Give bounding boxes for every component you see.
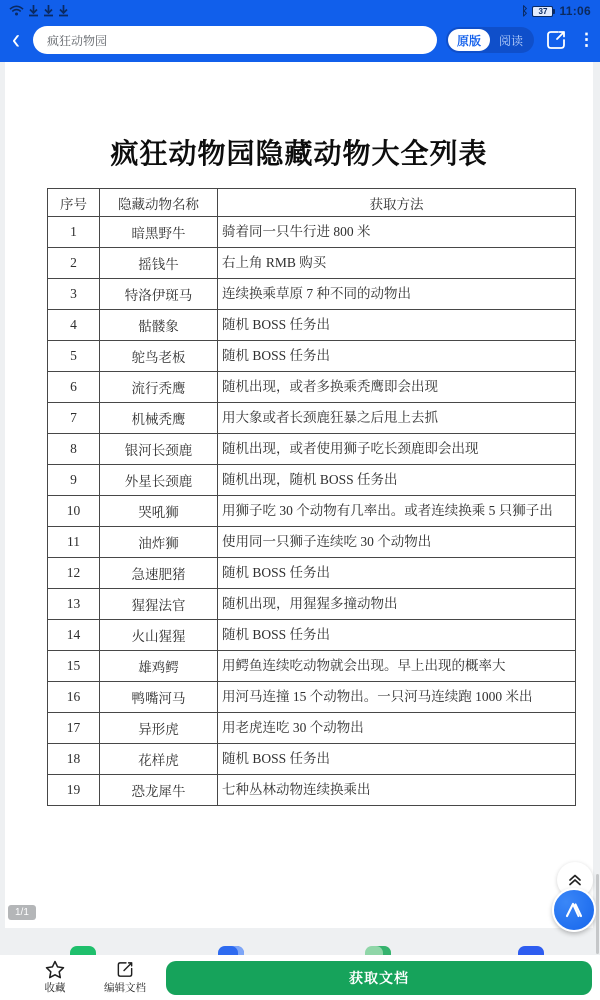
cell-index: 6: [48, 372, 100, 403]
cell-method: 七种丛林动物连续换乘出: [218, 775, 576, 806]
table-row: 8银河长颈鹿随机出现，或者使用狮子吃长颈鹿即会出现: [48, 434, 576, 465]
edit-document-button[interactable]: 编辑文档: [96, 960, 154, 995]
cell-method: 骑着同一只牛行进 800 米: [218, 217, 576, 248]
cell-method: 用大象或者长颈鹿狂暴之后甩上去抓: [218, 403, 576, 434]
table-row: 5鸵鸟老板随机 BOSS 任务出: [48, 341, 576, 372]
cell-method: 用河马连撞 15 个动物出。一只河马连续跑 1000 米出: [218, 682, 576, 713]
cell-animal-name: 异形虎: [100, 713, 218, 744]
doc-title-field[interactable]: 疯狂动物园: [33, 26, 437, 54]
cell-animal-name: 摇钱牛: [100, 248, 218, 279]
cell-index: 2: [48, 248, 100, 279]
cell-animal-name: 猩猩法官: [100, 589, 218, 620]
document-page: 疯狂动物园隐藏动物大全列表 序号隐藏动物名称获取方法 1暗黑野牛骑着同一只牛行进…: [5, 62, 593, 928]
cell-index: 7: [48, 403, 100, 434]
nav-bar: ‹ 疯狂动物园 原版 阅读 ⋮: [0, 22, 600, 62]
cell-index: 4: [48, 310, 100, 341]
cell-index: 5: [48, 341, 100, 372]
cell-method: 随机 BOSS 任务出: [218, 310, 576, 341]
cell-animal-name: 雄鸡鳄: [100, 651, 218, 682]
cell-method: 随机 BOSS 任务出: [218, 620, 576, 651]
cell-index: 18: [48, 744, 100, 775]
table-row: 12急速肥猪随机 BOSS 任务出: [48, 558, 576, 589]
cell-index: 17: [48, 713, 100, 744]
table-row: 2摇钱牛右上角 RMB 购买: [48, 248, 576, 279]
cell-method: 使用同一只狮子连续吃 30 个动物出: [218, 527, 576, 558]
cell-animal-name: 骷髅象: [100, 310, 218, 341]
cell-animal-name: 暗黑野牛: [100, 217, 218, 248]
document-viewer[interactable]: 疯狂动物园隐藏动物大全列表 序号隐藏动物名称获取方法 1暗黑野牛骑着同一只牛行进…: [0, 62, 600, 1000]
ai-assistant-button[interactable]: [552, 888, 596, 932]
edit-label: 编辑文档: [104, 980, 146, 995]
page-indicator: 1/1: [8, 905, 36, 920]
hidden-animals-table: 序号隐藏动物名称获取方法 1暗黑野牛骑着同一只牛行进 800 米2摇钱牛右上角 …: [47, 188, 576, 806]
scrollbar-thumb[interactable]: [596, 874, 599, 954]
cell-animal-name: 鸵鸟老板: [100, 341, 218, 372]
table-row: 10哭吼狮用狮子吃 30 个动物有几率出。或者连续换乘 5 只狮子出: [48, 496, 576, 527]
table-row: 18花样虎随机 BOSS 任务出: [48, 744, 576, 775]
cell-animal-name: 鸭嘴河马: [100, 682, 218, 713]
table-row: 17异形虎用老虎连吃 30 个动物出: [48, 713, 576, 744]
cell-index: 9: [48, 465, 100, 496]
cell-animal-name: 机械秃鹰: [100, 403, 218, 434]
cell-index: 1: [48, 217, 100, 248]
cell-method: 随机出现，或者使用狮子吃长颈鹿即会出现: [218, 434, 576, 465]
star-icon: [45, 960, 65, 979]
cell-index: 14: [48, 620, 100, 651]
bottom-toolbar: 收藏 编辑文档 获取文档: [0, 955, 600, 1000]
get-document-button[interactable]: 获取文档: [166, 961, 592, 995]
table-row: 1暗黑野牛骑着同一只牛行进 800 米: [48, 217, 576, 248]
table-row: 4骷髅象随机 BOSS 任务出: [48, 310, 576, 341]
cell-animal-name: 流行秃鹰: [100, 372, 218, 403]
download-arrow-icon: [43, 5, 54, 17]
table-body: 1暗黑野牛骑着同一只牛行进 800 米2摇钱牛右上角 RMB 购买3特洛伊斑马连…: [48, 217, 576, 806]
table-row: 9外星长颈鹿随机出现，随机 BOSS 任务出: [48, 465, 576, 496]
cell-method: 用鳄鱼连续吃动物就会出现。早上出现的概率大: [218, 651, 576, 682]
table-row: 3特洛伊斑马连续换乘草原 7 种不同的动物出: [48, 279, 576, 310]
favorite-button[interactable]: 收藏: [26, 960, 84, 995]
table-row: 16鸭嘴河马用河马连撞 15 个动物出。一只河马连续跑 1000 米出: [48, 682, 576, 713]
double-chevron-up-icon: [567, 872, 583, 888]
bluetooth-icon: ᛒ: [521, 5, 528, 17]
cell-animal-name: 油炸狮: [100, 527, 218, 558]
table-row: 11油炸狮使用同一只狮子连续吃 30 个动物出: [48, 527, 576, 558]
cell-method: 随机 BOSS 任务出: [218, 341, 576, 372]
wifi-icon: [9, 5, 24, 17]
view-mode-toggle: 原版 阅读: [446, 27, 534, 53]
cell-animal-name: 急速肥猪: [100, 558, 218, 589]
cell-index: 19: [48, 775, 100, 806]
table-row: 19恐龙犀牛七种丛林动物连续换乘出: [48, 775, 576, 806]
cell-method: 用老虎连吃 30 个动物出: [218, 713, 576, 744]
share-icon[interactable]: [543, 27, 569, 53]
table-header-cell: 序号: [48, 189, 100, 217]
cell-index: 10: [48, 496, 100, 527]
cell-index: 12: [48, 558, 100, 589]
mode-read-button[interactable]: 阅读: [490, 29, 532, 51]
table-row: 7机械秃鹰用大象或者长颈鹿狂暴之后甩上去抓: [48, 403, 576, 434]
cell-method: 随机 BOSS 任务出: [218, 558, 576, 589]
cell-animal-name: 外星长颈鹿: [100, 465, 218, 496]
cell-index: 16: [48, 682, 100, 713]
table-row: 6流行秃鹰随机出现，或者多换乘秃鹰即会出现: [48, 372, 576, 403]
battery-percent: 37: [532, 6, 553, 17]
cell-method: 连续换乘草原 7 种不同的动物出: [218, 279, 576, 310]
cell-animal-name: 特洛伊斑马: [100, 279, 218, 310]
cell-index: 3: [48, 279, 100, 310]
cell-animal-name: 银河长颈鹿: [100, 434, 218, 465]
table-header-cell: 获取方法: [218, 189, 576, 217]
back-icon[interactable]: ‹: [8, 27, 24, 53]
overflow-menu-icon[interactable]: ⋮: [578, 30, 590, 50]
cell-index: 8: [48, 434, 100, 465]
cell-method: 随机出现，随机 BOSS 任务出: [218, 465, 576, 496]
table-row: 13猩猩法官随机出现，用猩猩多撞动物出: [48, 589, 576, 620]
table-row: 15雄鸡鳄用鳄鱼连续吃动物就会出现。早上出现的概率大: [48, 651, 576, 682]
download-arrow-icon: [28, 5, 39, 17]
cell-method: 随机 BOSS 任务出: [218, 744, 576, 775]
status-bar: ᛒ 37 11:06: [0, 0, 600, 22]
cell-method: 用狮子吃 30 个动物有几率出。或者连续换乘 5 只狮子出: [218, 496, 576, 527]
table-header-row: 序号隐藏动物名称获取方法: [48, 189, 576, 217]
cell-animal-name: 火山猩猩: [100, 620, 218, 651]
table-row: 14火山猩猩随机 BOSS 任务出: [48, 620, 576, 651]
download-arrow-icon: [58, 5, 69, 17]
document-title: 疯狂动物园隐藏动物大全列表: [5, 132, 593, 172]
doc-title-text: 疯狂动物园: [47, 32, 107, 49]
cell-animal-name: 哭吼狮: [100, 496, 218, 527]
edit-icon: [115, 960, 135, 979]
cell-index: 11: [48, 527, 100, 558]
ai-logo-icon: [562, 898, 586, 922]
cell-method: 随机出现，或者多换乘秃鹰即会出现: [218, 372, 576, 403]
clock: 11:06: [559, 4, 591, 18]
favorite-label: 收藏: [45, 980, 66, 995]
cell-index: 15: [48, 651, 100, 682]
cell-animal-name: 花样虎: [100, 744, 218, 775]
cell-method: 随机出现，用猩猩多撞动物出: [218, 589, 576, 620]
table-header-cell: 隐藏动物名称: [100, 189, 218, 217]
battery-icon: 37: [532, 6, 555, 17]
app-icon-row: [0, 946, 600, 955]
cell-index: 13: [48, 589, 100, 620]
cell-animal-name: 恐龙犀牛: [100, 775, 218, 806]
mode-original-button[interactable]: 原版: [448, 29, 490, 51]
cell-method: 右上角 RMB 购买: [218, 248, 576, 279]
